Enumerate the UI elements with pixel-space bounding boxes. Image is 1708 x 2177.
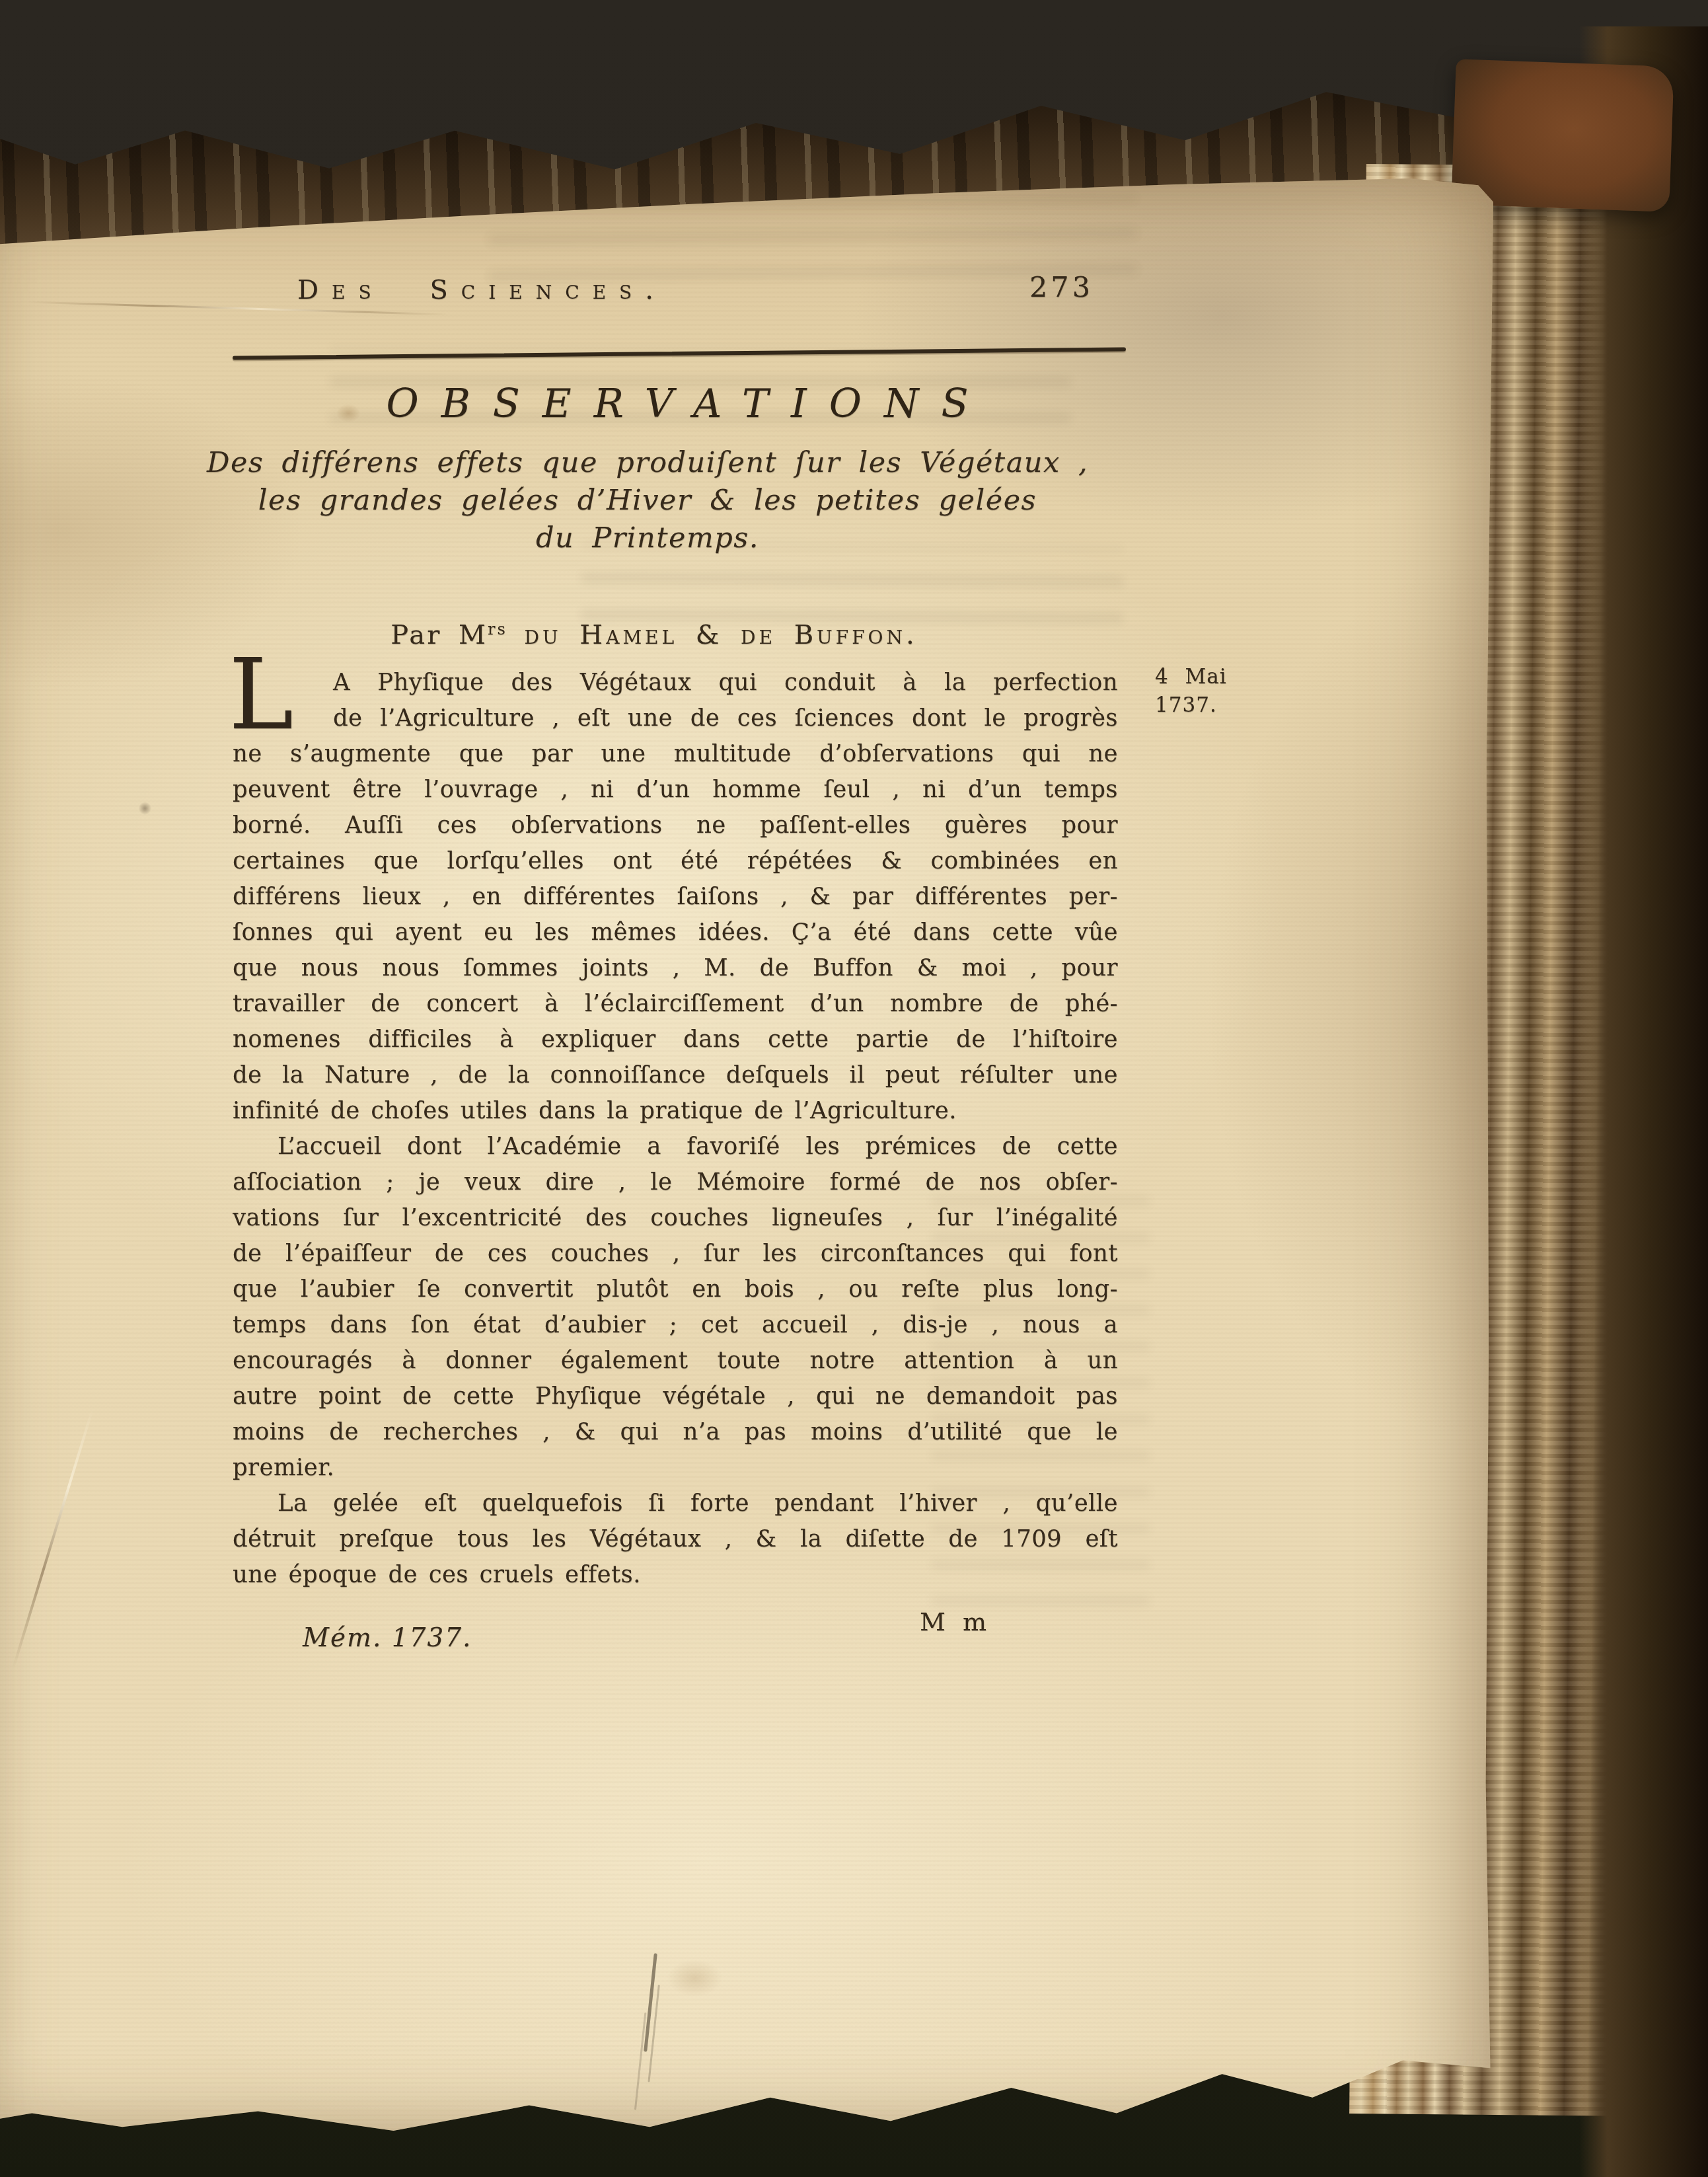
body-text-line: L’accueil dont l’Académie a favoriſé les…	[233, 1129, 1118, 1165]
body-text-line: travailler de concert à l’éclairciſſemen…	[233, 986, 1118, 1022]
body-text-line: encouragés à donner également toute notr…	[233, 1343, 1118, 1379]
page-number: 273	[1029, 271, 1094, 304]
subtitle-line: Des différens effets que produiſent ſur …	[185, 444, 1110, 482]
byline: Par Mrs du Hamel & de Buffon.	[198, 620, 1110, 650]
book-scan: Des Sciences. 273 OBSERVATIONS Des diffé…	[0, 0, 1708, 2177]
body-text-line: A Phyſique des Végétaux qui conduit à la…	[233, 665, 1118, 701]
body-text-line: que l’aubier ſe convertit plutôt en bois…	[233, 1272, 1118, 1307]
byline-prefix: Par M	[390, 620, 488, 650]
body-text: A Phyſique des Végétaux qui conduit à la…	[233, 665, 1118, 1593]
body-text-line: ne s’augmente que par une multitude d’ob…	[233, 736, 1118, 772]
body-text-line: infinité de choſes utiles dans la pratiq…	[233, 1093, 1118, 1129]
body-text-line: vations ſur l’excentricité des couches l…	[233, 1200, 1118, 1236]
article-title: OBSERVATIONS	[225, 381, 1130, 427]
body-text-line: détruit preſque tous les Végétaux , & la…	[233, 1521, 1118, 1557]
body-text-line: une époque de ces cruels effets.	[233, 1557, 1118, 1593]
body-text-line: de l’Agriculture , eſt une de ces ſcienc…	[233, 701, 1118, 736]
signature-mark: M m	[920, 1607, 988, 1636]
body-text-line: différens lieux , en différentes ſaiſons…	[233, 879, 1118, 915]
byline-names: du Hamel & de Buffon.	[525, 620, 918, 650]
ink-smudge	[644, 1953, 657, 2052]
paper-crease	[12, 1408, 94, 1668]
body-text-line: premier.	[233, 1450, 1118, 1486]
body-text-line: ſonnes qui ayent eu les mêmes idées. Ç’a…	[233, 915, 1118, 950]
body-text-line: certaines que lorſqu’elles ont été répét…	[233, 843, 1118, 879]
body-text-line: autre point de cette Phyſique végétale ,…	[233, 1379, 1118, 1414]
body-text-line: peuvent être l’ouvrage , ni d’un homme ſ…	[233, 772, 1118, 808]
body-text-line: aſſociation ; je veux dire , le Mémoire …	[233, 1165, 1118, 1200]
body-text-line: de l’épaiſſeur de ces couches , ſur les …	[233, 1236, 1118, 1272]
margin-date: 4 Mai 1737.	[1155, 663, 1227, 720]
subtitle-line: du Printemps.	[185, 519, 1110, 557]
book-binding	[1579, 26, 1708, 2177]
book-page: Des Sciences. 273 OBSERVATIONS Des diffé…	[0, 178, 1493, 2135]
body-text-line: La gelée eſt quelquefois ſi forte pendan…	[233, 1486, 1118, 1521]
margin-date-line: 4 Mai	[1155, 663, 1227, 691]
article-subtitle: Des différens effets que produiſent ſur …	[185, 444, 1110, 557]
body-text-line: moins de recherches , & qui n’a pas moin…	[233, 1414, 1118, 1450]
byline-superscript: rs	[488, 620, 507, 638]
body-text-line: borné. Auſſi ces obſervations ne paſſent…	[233, 808, 1118, 843]
margin-date-line: 1737.	[1155, 691, 1227, 720]
body-text-line: de la Nature , de la connoiſſance deſque…	[233, 1057, 1118, 1093]
body-text-line: temps dans ſon état d’aubier ; cet accue…	[233, 1307, 1118, 1343]
body-text-line: que nous nous ſommes joints , M. de Buff…	[233, 950, 1118, 986]
footer-volume: Mém. 1737.	[303, 1623, 472, 1653]
body-text-line: nomenes difficiles à expliquer dans cett…	[233, 1022, 1118, 1057]
subtitle-line: les grandes gelées d’Hiver & les petites…	[185, 482, 1110, 519]
header-rule	[233, 348, 1126, 360]
running-title: Des Sciences.	[297, 275, 667, 305]
leather-corner	[1451, 59, 1674, 211]
